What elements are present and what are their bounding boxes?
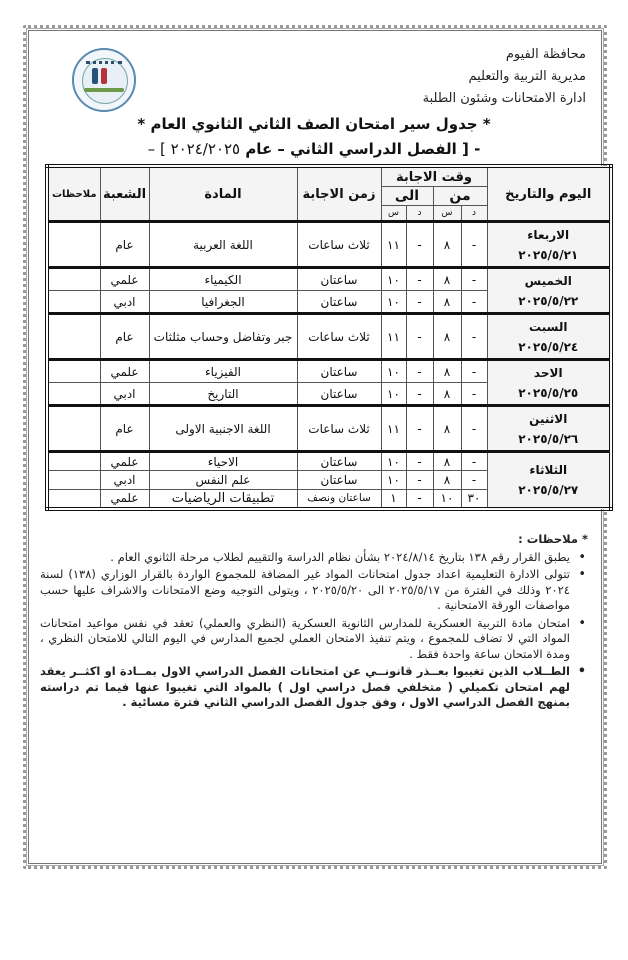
duration: ثلاث ساعات	[297, 222, 381, 268]
directorate-seal-logo	[72, 48, 136, 112]
notes	[47, 406, 100, 452]
subject: الفيزياء	[149, 360, 297, 383]
duration: ثلاث ساعات	[297, 314, 381, 360]
division: علمي	[100, 268, 149, 291]
duration: ثلاث ساعات	[297, 406, 381, 452]
from-hour: ٨	[433, 360, 461, 383]
day-cell: الاربعاء ٢٠٢٥/٥/٢١	[487, 222, 611, 268]
from-hour: ٨	[433, 406, 461, 452]
notes	[47, 268, 100, 291]
duration: ساعتان ونصف	[297, 490, 381, 509]
header-to-hour: س	[381, 206, 406, 222]
header-from-minute: د	[461, 206, 487, 222]
division: ادبي	[100, 383, 149, 406]
note-item: يطبق القرار رقم ١٣٨ بتاريخ ٢٠٢٤/٨/١٤ بشأ…	[40, 550, 570, 566]
to-hour: ١٠	[381, 291, 406, 314]
day-cell: الاثنين ٢٠٢٥/٥/٢٦	[487, 406, 611, 452]
duration: ساعتان	[297, 268, 381, 291]
to-minute: -	[406, 406, 433, 452]
to-minute: -	[406, 360, 433, 383]
from-hour: ٨	[433, 291, 461, 314]
note-item: امتحان مادة التربية العسكرية للمدارس الث…	[40, 616, 570, 663]
subject: الكيمياء	[149, 268, 297, 291]
to-minute: -	[406, 383, 433, 406]
to-minute: -	[406, 314, 433, 360]
duration: ساعتان	[297, 360, 381, 383]
from-minute: -	[461, 268, 487, 291]
day-cell: الاحد ٢٠٢٥/٥/٢٥	[487, 360, 611, 406]
note-item: الطــلاب الذين تغيبوا بعــذر قانونــي عن…	[40, 664, 570, 711]
table-row: الاربعاء ٢٠٢٥/٥/٢١ - ٨ - ١١ ثلاث ساعات ا…	[47, 222, 611, 268]
subject: اللغة العربية	[149, 222, 297, 268]
header-answer-time: وقت الاجابة	[381, 166, 487, 187]
page-title: * جدول سير امتحان الصف الثاني الثانوي ال…	[0, 115, 628, 133]
header-duration: زمن الاجابة	[297, 166, 381, 222]
from-hour: ٨	[433, 471, 461, 490]
from-hour: ٨	[433, 452, 461, 471]
day-cell: الخميس ٢٠٢٥/٥/٢٢	[487, 268, 611, 314]
subtitle-term: - [ الفصل الدراسي الثاني – عام	[245, 140, 480, 158]
notes-list: يطبق القرار رقم ١٣٨ بتاريخ ٢٠٢٤/٨/١٤ بشأ…	[40, 550, 588, 711]
to-minute: -	[406, 268, 433, 291]
page-subtitle: - [ الفصل الدراسي الثاني – عام ٢٠٢٤/٢٠٢٥…	[0, 140, 628, 158]
notes	[47, 314, 100, 360]
to-minute: -	[406, 471, 433, 490]
notes-section: * ملاحظات : يطبق القرار رقم ١٣٨ بتاريخ ٢…	[40, 532, 588, 713]
table-row: الاحد ٢٠٢٥/٥/٢٥ - ٨ - ١٠ ساعتان الفيزياء…	[47, 360, 611, 383]
from-minute: -	[461, 314, 487, 360]
division: عام	[100, 222, 149, 268]
division: عام	[100, 314, 149, 360]
day-date: ٢٠٢٥/٥/٢٥	[488, 383, 610, 403]
from-hour: ١٠	[433, 490, 461, 509]
division: ادبي	[100, 291, 149, 314]
to-minute: -	[406, 291, 433, 314]
to-minute: -	[406, 452, 433, 471]
note-item: تتولى الادارة التعليمية اعداد جدول امتحا…	[40, 567, 570, 614]
header-from-hour: س	[433, 206, 461, 222]
notes	[47, 383, 100, 406]
governorate-name: محافظة الفيوم	[423, 44, 586, 66]
subject: التاريخ	[149, 383, 297, 406]
duration: ساعتان	[297, 471, 381, 490]
from-hour: ٨	[433, 268, 461, 291]
department-name: ادارة الامتحانات وشئون الطلبة	[423, 88, 586, 110]
to-hour: ١	[381, 490, 406, 509]
seal-laurel-icon	[84, 88, 124, 92]
day-name: الاربعاء	[488, 225, 610, 245]
day-cell: الثلاثاء ٢٠٢٥/٥/٢٧	[487, 452, 611, 509]
notes	[47, 360, 100, 383]
from-minute: -	[461, 471, 487, 490]
table-row: الثلاثاء ٢٠٢٥/٥/٢٧ - ٨ - ١٠ ساعتان الاحي…	[47, 452, 611, 471]
table-row: السبت ٢٠٢٥/٥/٢٤ - ٨ - ١١ ثلاث ساعات جبر …	[47, 314, 611, 360]
from-minute: -	[461, 452, 487, 471]
header-division: الشعبة	[100, 166, 149, 222]
day-name: الثلاثاء	[488, 460, 610, 480]
from-hour: ٨	[433, 314, 461, 360]
subject: علم النفس	[149, 471, 297, 490]
duration: ساعتان	[297, 383, 381, 406]
day-date: ٢٠٢٥/٥/٢٦	[488, 429, 610, 449]
to-hour: ١١	[381, 222, 406, 268]
subject: الاحياء	[149, 452, 297, 471]
table-row: الاثنين ٢٠٢٥/٥/٢٦ - ٨ - ١١ ثلاث ساعات ال…	[47, 406, 611, 452]
header-from: من	[433, 187, 487, 206]
day-name: الاحد	[488, 363, 610, 383]
day-date: ٢٠٢٥/٥/٢٤	[488, 337, 610, 357]
division: عام	[100, 406, 149, 452]
subject: تطبيقات الرياضيات	[149, 490, 297, 509]
division: علمي	[100, 360, 149, 383]
organization-header: محافظة الفيوم مديرية التربية والتعليم اد…	[423, 44, 586, 110]
table-row: الخميس ٢٠٢٥/٥/٢٢ - ٨ - ١٠ ساعتان الكيميا…	[47, 268, 611, 291]
notes	[47, 222, 100, 268]
header-to: الى	[381, 187, 433, 206]
to-hour: ١٠	[381, 360, 406, 383]
to-hour: ١٠	[381, 471, 406, 490]
to-hour: ١٠	[381, 452, 406, 471]
exam-schedule-table: اليوم والتاريخ وقت الاجابة زمن الاجابة ا…	[45, 164, 613, 511]
to-minute: -	[406, 490, 433, 509]
header-subject: المادة	[149, 166, 297, 222]
division: ادبي	[100, 471, 149, 490]
day-name: الاثنين	[488, 409, 610, 429]
notes	[47, 291, 100, 314]
notes-heading: * ملاحظات :	[40, 532, 588, 548]
from-minute: -	[461, 406, 487, 452]
from-minute: ٣٠	[461, 490, 487, 509]
day-date: ٢٠٢٥/٥/٢٢	[488, 291, 610, 311]
to-hour: ١٠	[381, 383, 406, 406]
subject: اللغة الاجنبية الاولى	[149, 406, 297, 452]
notes	[47, 471, 100, 490]
notes	[47, 490, 100, 509]
header-day-date: اليوم والتاريخ	[487, 166, 611, 222]
seal-figure-icon	[101, 68, 107, 84]
day-date: ٢٠٢٥/٥/٢٧	[488, 480, 610, 500]
subtitle-year: ٢٠٢٤/٢٠٢٥ ] –	[148, 140, 240, 158]
day-name: السبت	[488, 317, 610, 337]
from-minute: -	[461, 222, 487, 268]
from-minute: -	[461, 291, 487, 314]
directorate-name: مديرية التربية والتعليم	[423, 66, 586, 88]
notes	[47, 452, 100, 471]
duration: ساعتان	[297, 291, 381, 314]
subject: الجغرافيا	[149, 291, 297, 314]
day-name: الخميس	[488, 271, 610, 291]
to-hour: ١٠	[381, 268, 406, 291]
seal-figure-icon	[92, 68, 98, 84]
to-minute: -	[406, 222, 433, 268]
to-hour: ١١	[381, 406, 406, 452]
division: علمي	[100, 452, 149, 471]
division: علمي	[100, 490, 149, 509]
duration: ساعتان	[297, 452, 381, 471]
subject: جبر وتفاضل وحساب مثلثات	[149, 314, 297, 360]
from-minute: -	[461, 383, 487, 406]
from-hour: ٨	[433, 383, 461, 406]
to-hour: ١١	[381, 314, 406, 360]
from-minute: -	[461, 360, 487, 383]
day-date: ٢٠٢٥/٥/٢١	[488, 245, 610, 265]
from-hour: ٨	[433, 222, 461, 268]
header-to-minute: د	[406, 206, 433, 222]
header-notes: ملاحظات	[47, 166, 100, 222]
day-cell: السبت ٢٠٢٥/٥/٢٤	[487, 314, 611, 360]
